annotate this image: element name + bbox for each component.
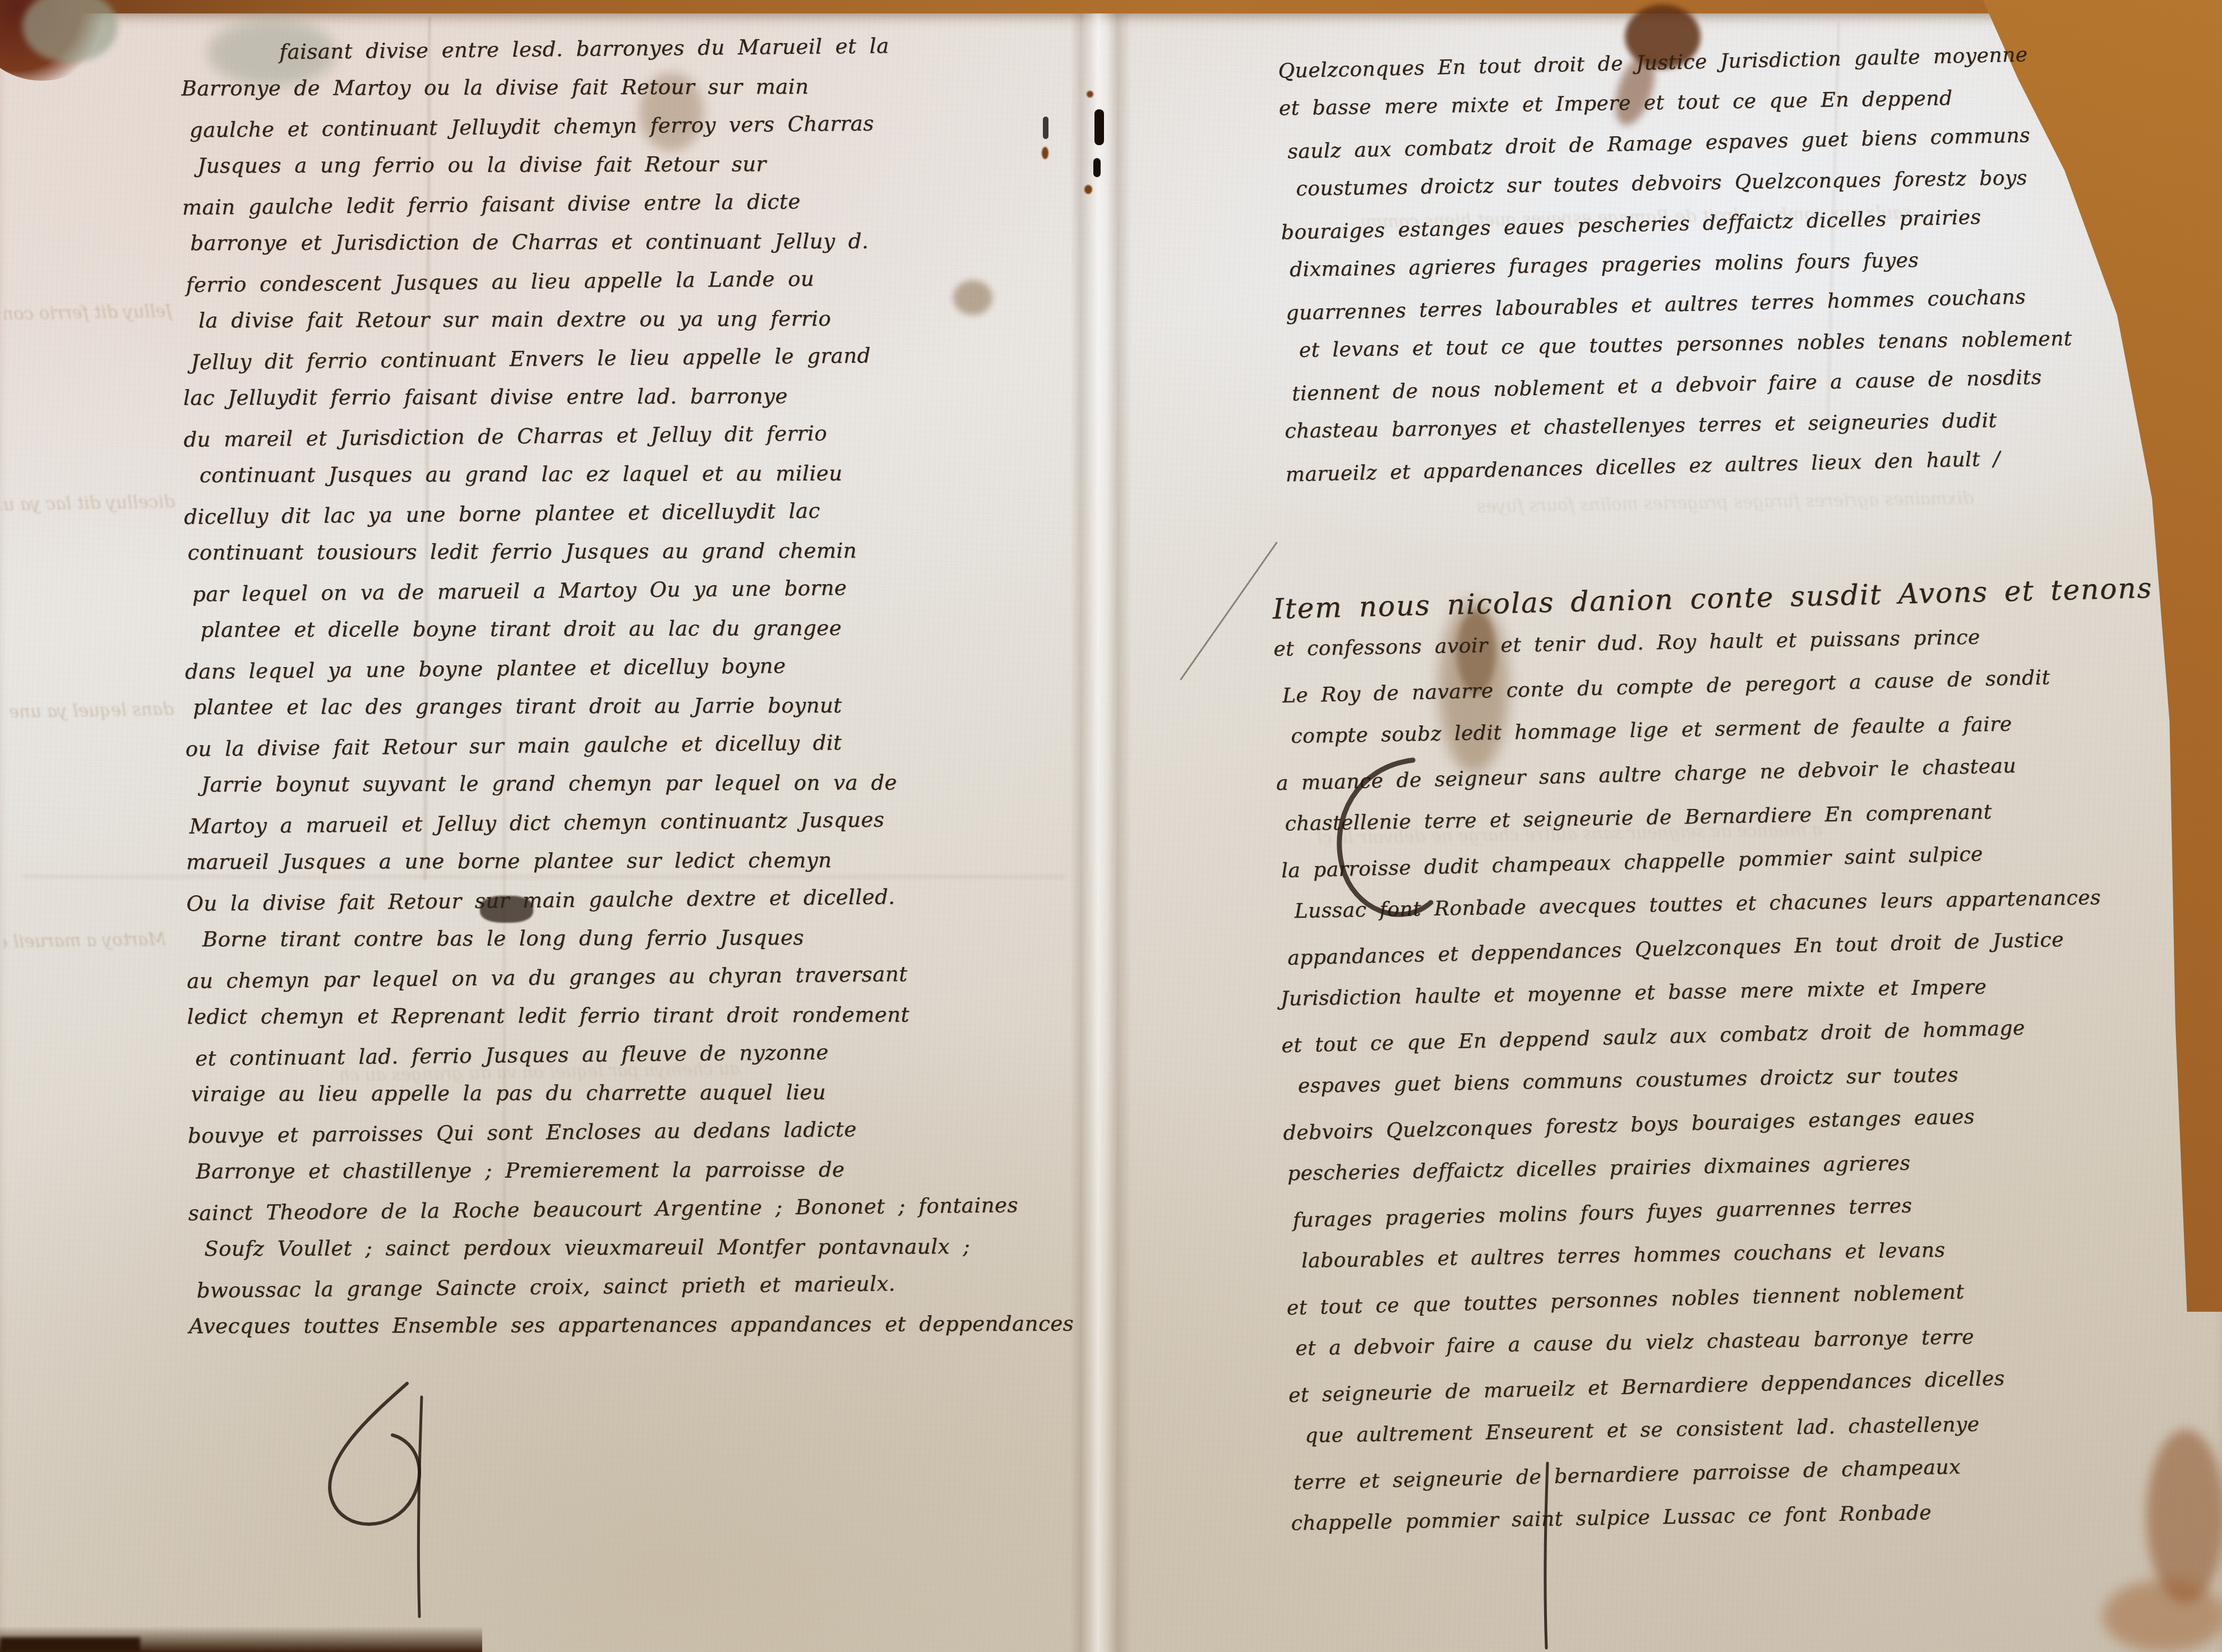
manuscript-line: au chemyn par lequel on va du granges au… xyxy=(187,953,1073,1001)
manuscript-photo: Jelluy dit ferrio continuant Envers le l… xyxy=(0,0,2222,1652)
manuscript-line: marueil Jusques a une borne plantee sur … xyxy=(186,840,1072,882)
manuscript-line: plantee et lac des granges tirant droit … xyxy=(193,686,1071,727)
manuscript-line: du mareil et Jurisdiction de Charras et … xyxy=(183,411,1070,459)
manuscript-line: Avecques touttes Ensemble ses appartenan… xyxy=(189,1304,1075,1346)
manuscript-line: Martoy a marueil et Jelluy dict chemyn c… xyxy=(189,798,1072,846)
manuscript-line: main gaulche ledit ferrio faisant divise… xyxy=(182,179,1068,227)
manuscript-line: continuant tousiours ledit ferrio Jusque… xyxy=(187,531,1070,572)
manuscript-line: ou la divise fait Retour sur main gaulch… xyxy=(185,721,1071,769)
center-fold xyxy=(1070,13,1131,1652)
manuscript-line: Jelluy dit ferrio continuant Envers le l… xyxy=(191,334,1069,382)
manuscript-line: dans lequel ya une boyne plantee et dice… xyxy=(184,644,1071,691)
stitching-mark xyxy=(1094,109,1104,145)
manuscript-line: barronye et Jurisdiction de Charras et c… xyxy=(190,221,1068,263)
manuscript-line: bwoussac la grange Saincte croix, sainct… xyxy=(196,1262,1075,1310)
manuscript-line: Borne tirant contre bas le long dung fer… xyxy=(202,918,1073,959)
table-corner-bottom-left xyxy=(0,1637,140,1652)
rust-spot xyxy=(1084,185,1092,194)
manuscript-line: gaulche et continuant Jelluydit chemyn f… xyxy=(190,102,1068,150)
manuscript-line: lac Jelluydit ferrio faisant divise entr… xyxy=(183,376,1069,418)
manuscript-line: Soufz Voullet ; sainct perdoux vieuxmare… xyxy=(204,1227,1074,1269)
stitching-mark xyxy=(1093,158,1101,177)
manuscript-line: par lequel on va de marueil a Martoy Ou … xyxy=(192,566,1071,614)
manuscript-line: Barronye et chastillenye ; Premierement … xyxy=(196,1150,1074,1191)
manuscript-line: continuant Jusques au grand lac ez laque… xyxy=(200,454,1070,495)
manuscript-line: sainct Theodore de la Roche beaucourt Ar… xyxy=(188,1185,1074,1233)
rust-spot xyxy=(1087,91,1093,98)
right-page-text-first-paragraph: Quelzconques En tout droit de Justice Ju… xyxy=(1278,33,2183,493)
manuscript-line: la divise fait Retour sur main dextre ou… xyxy=(198,299,1069,340)
manuscript-line: faisant divise entre lesd. barronyes du … xyxy=(181,25,1068,72)
manuscript-line: dicelluy dit lac ya une borne plantee et… xyxy=(184,489,1070,536)
manuscript-line: Barronye de Martoy ou la divise fait Ret… xyxy=(181,67,1067,108)
manuscript-line: bouvye et parroisses Qui sont Encloses a… xyxy=(188,1108,1074,1155)
manuscript-line: Jarrie boynut suyvant le grand chemyn pa… xyxy=(201,763,1071,804)
manuscript-line: viraige au lieu appelle la pas du charre… xyxy=(191,1072,1073,1114)
left-page-text: faisant divise entre lesd. barronyes du … xyxy=(181,26,1075,1347)
manuscript-line: Jusques a ung ferrio ou la divise fait R… xyxy=(197,144,1068,186)
manuscript-line: plantee et dicelle boyne tirant droit au… xyxy=(200,608,1070,650)
manuscript-line: ferrio condescent Jusques au lieu appell… xyxy=(186,257,1069,304)
right-page-text-item-paragraph: Item nous nicolas danion conte susdit Av… xyxy=(1272,567,2194,1547)
manuscript-line: ledict chemyn et Reprenant ledit ferrio … xyxy=(187,995,1073,1036)
manuscript-line: Ou la divise fait Retour sur main gaulch… xyxy=(186,876,1073,923)
manuscript-line: et continuant lad. ferrio Jusques au fle… xyxy=(195,1030,1074,1078)
